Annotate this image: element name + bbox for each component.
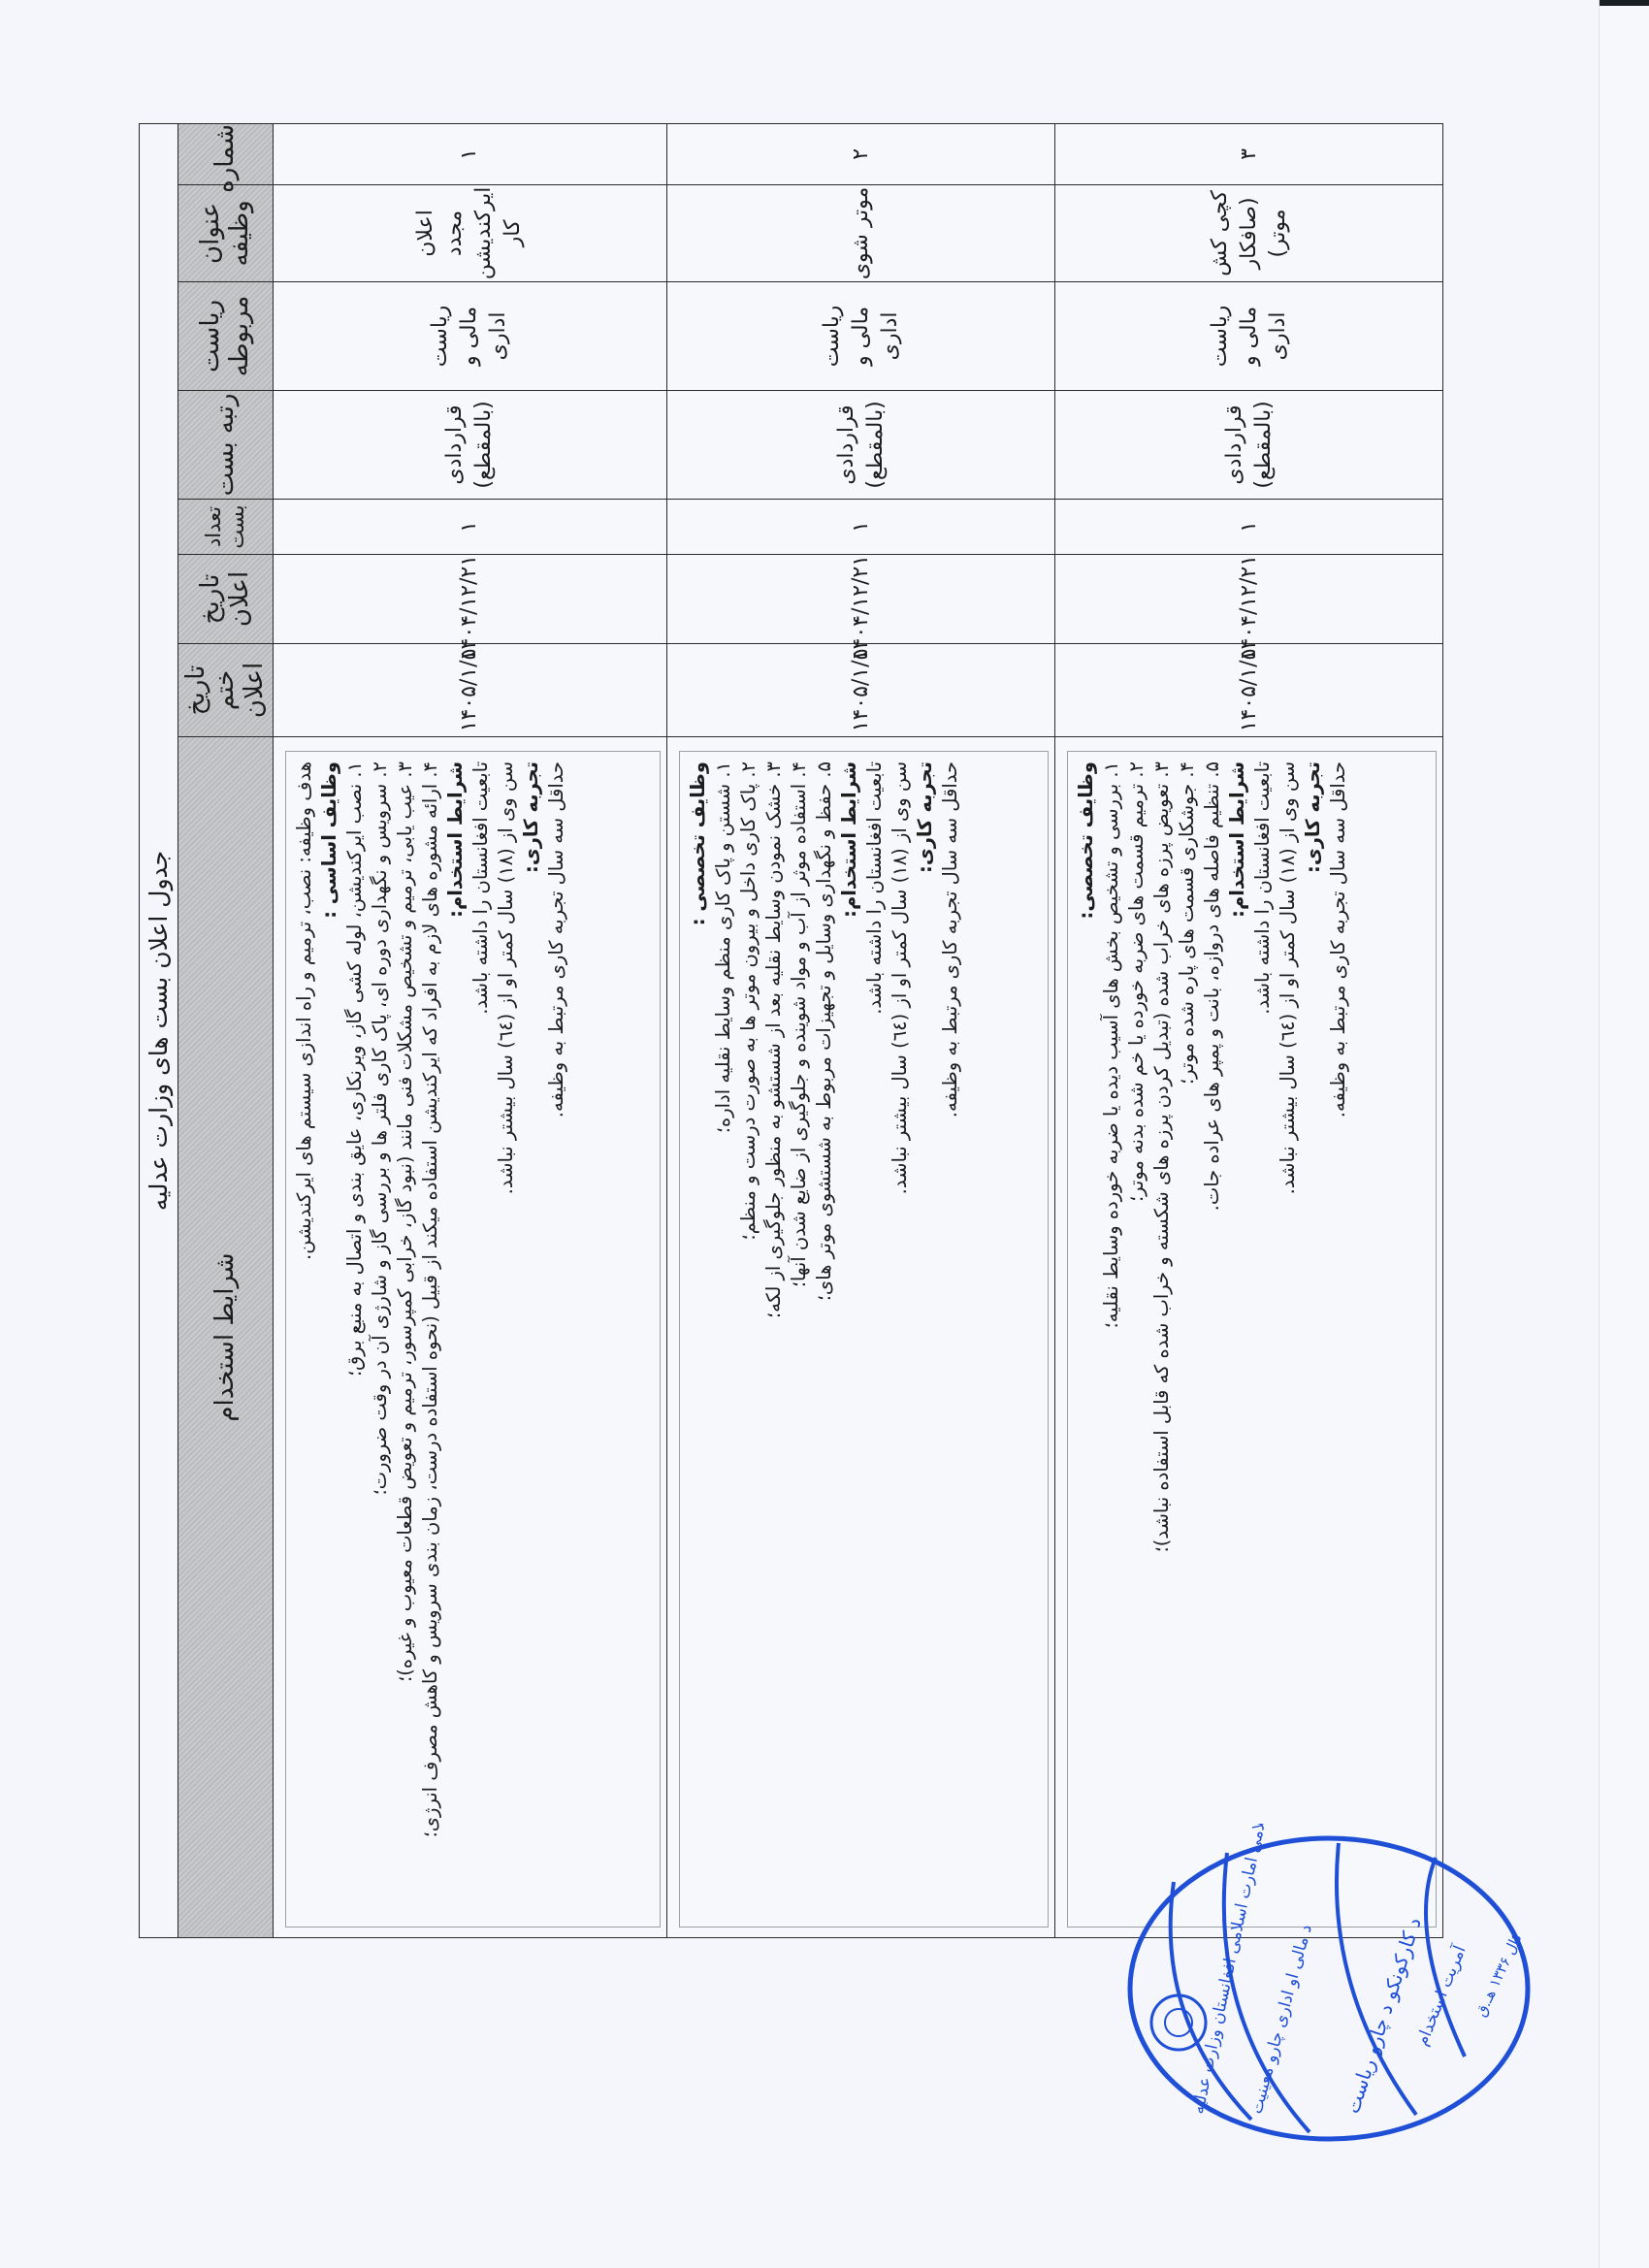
condition-line: ۳. عیب یابی، ترمیم و تشخیص مشکلات فنی ما… [393, 761, 418, 1927]
condition-heading: شرایط استخدام: [443, 761, 469, 1927]
row-number: ۳ [1055, 123, 1443, 184]
condition-heading: وظایف اساسی : [317, 761, 342, 1927]
condition-heading: تجربه کاری: [1301, 761, 1326, 1927]
condition-line: ۱. نصب ایرکندیشن، لوله کشی گاز، ویرنکاری… [342, 761, 368, 1927]
row-end-date: ۱۴۰۵/۱/۵ [667, 643, 1055, 736]
condition-line: سن وی از (۱۸) سال کمتر او از (٦٤) سال بی… [888, 761, 913, 1927]
job-posts-table: جدول اعلان بست های وزارت عدلیه شماره عنو… [139, 123, 1443, 1938]
table-row: ۳کچی کش (صافکار موتر)ریاست مالی و اداریق… [1055, 123, 1443, 1937]
row-end-date: ۱۴۰۵/۱/۵ [1055, 643, 1443, 736]
row-announce-date: ۱۴۰۴/۱۲/۲۱ [273, 554, 666, 643]
row-announce-date: ۱۴۰۴/۱۲/۲۱ [1055, 554, 1443, 643]
condition-line: ۴. جوشکاری قسمت های پاره شده موتر؛ [1175, 761, 1200, 1927]
condition-line: حداقل سه سال تجربه کاری مرتبط به وظیفه. [1326, 761, 1351, 1927]
row-number: ۲ [667, 123, 1055, 184]
condition-line: ۱. بررسی و تشخیص بخش های آسیب دیده یا ضر… [1099, 761, 1124, 1927]
condition-heading: شرایط استخدام: [1225, 761, 1250, 1927]
row-grade: قراردادی (بالمقطع) [273, 390, 666, 499]
condition-line: تابعیت افغانستان را داشته باشد. [862, 761, 888, 1927]
header-end-date: تاریخ ختم اعلان [178, 643, 273, 736]
condition-line: ۲. پاک کاری داخل و بیرون موتر ها به صورت… [736, 761, 761, 1927]
condition-line: ۵. حفظ و نگهداری وسایل و تجهیزات مربوط ب… [812, 761, 837, 1927]
row-department: ریاست مالی و اداری [273, 281, 666, 390]
row-conditions: هدف وظیفه: نصب، ترمیم و راه اندازی سیستم… [273, 736, 666, 1937]
row-grade: قراردادی (بالمقطع) [1055, 390, 1443, 499]
condition-heading: تجربه کاری: [519, 761, 544, 1927]
svg-text:د مالی او اداری چارو معینیت: د مالی او اداری چارو معینیت [1247, 1923, 1316, 2117]
condition-line: ۴. ارائه مشوره های لازم به افراد که ایرک… [418, 761, 443, 1927]
condition-heading: تجربه کاری: [913, 761, 938, 1927]
condition-line: هدف وظیفه: نصب، ترمیم و راه اندازی سیستم… [292, 761, 317, 1927]
header-announce-date: تاریخ اعلان [178, 554, 273, 643]
header-job-title: عنوان وظیفه [178, 184, 273, 281]
header-number: شماره [178, 123, 273, 184]
condition-line: سن وی از (۱۸) سال کمتر او از (٦٤) سال بی… [494, 761, 519, 1927]
condition-line: حداقل سه سال تجربه کاری مرتبط به وظیفه. [938, 761, 963, 1927]
header-row: شماره عنوان وظیفه ریاست مربوطه رتبه بست … [178, 123, 273, 1937]
rotated-document: جدول اعلان بست های وزارت عدلیه شماره عنو… [139, 124, 1443, 1938]
condition-line: ۱. شستن و پاک کاری منظم وسایط نقلیه ادار… [711, 761, 736, 1927]
header-conditions: شرایط استخدام [178, 736, 273, 1937]
condition-line: حداقل سه سال تجربه کاری مرتبط به وظیفه. [544, 761, 569, 1927]
scan-edge [1599, 0, 1649, 2268]
row-count: ۱ [667, 499, 1055, 554]
row-job-title: کچی کش (صافکار موتر) [1055, 184, 1443, 281]
condition-heading: وظایف تخصصی : [686, 761, 711, 1927]
row-department: ریاست مالی و اداری [1055, 281, 1443, 390]
header-grade: رتبه بست [178, 390, 273, 499]
condition-line: ۵. تنظیم فاصله های دروازه، بانت و پمپر ه… [1200, 761, 1225, 1927]
condition-line: ۲. ترمیم قسمت های ضربه خورده یا خم شده ب… [1124, 761, 1149, 1927]
svg-text:کال ۱۳۳۶ هـ.ق: کال ۱۳۳۶ هـ.ق [1471, 1929, 1526, 2020]
official-stamp: د افغانستان اسلامی امارت اسلامی افغانستا… [1115, 1824, 1542, 2144]
row-end-date: ۱۴۰۵/۱/۵ [273, 643, 666, 736]
row-count: ۱ [273, 499, 666, 554]
row-announce-date: ۱۴۰۴/۱۲/۲۱ [667, 554, 1055, 643]
condition-line: تابعیت افغانستان را داشته باشد. [469, 761, 494, 1927]
row-count: ۱ [1055, 499, 1443, 554]
condition-line: ۳. تعویض پرزه های خراب شده (تبدیل کردن پ… [1149, 761, 1175, 1927]
condition-heading: وظایف تخصصی: [1074, 761, 1099, 1927]
condition-line: ۴. استفاده موثر از آب و مواد شوینده و جل… [787, 761, 812, 1927]
header-count: تعداد بست [178, 499, 273, 554]
row-conditions: وظایف تخصصی :۱. شستن و پاک کاری منظم وسا… [667, 736, 1055, 1937]
row-conditions: وظایف تخصصی:۱. بررسی و تشخیص بخش های آسی… [1055, 736, 1443, 1937]
condition-line: تابعیت افغانستان را داشته باشد. [1250, 761, 1276, 1927]
header-department: ریاست مربوطه [178, 281, 273, 390]
condition-line: سن وی از (۱۸) سال کمتر او از (٦٤) سال بی… [1276, 761, 1301, 1927]
svg-text:آمریت استخدام: آمریت استخدام [1410, 1941, 1471, 2049]
emblem-icon [1151, 1995, 1206, 2050]
row-job-title: موتر شوی [667, 184, 1055, 281]
svg-text:د کارکونکو د چارو ریاست: د کارکونکو د چارو ریاست [1341, 1915, 1426, 2117]
table-row: ۱اعلان مجدد ایرکندیشن کارریاست مالی و اد… [273, 123, 666, 1937]
table-title: جدول اعلان بست های وزارت عدلیه [140, 123, 178, 1937]
row-job-title: اعلان مجدد ایرکندیشن کار [273, 184, 666, 281]
stamp-outer-ring [1130, 1838, 1528, 2139]
row-grade: قراردادی (بالمقطع) [667, 390, 1055, 499]
condition-line: ۳. خشک نمودن وسایط نقلیه بعد از شستشو به… [761, 761, 787, 1927]
condition-line: ۲. سرویس و نگهداری دوره ای، پاک کاری فلت… [368, 761, 393, 1927]
condition-heading: شرایط استخدام: [837, 761, 862, 1927]
table-row: ۲موتر شویریاست مالی و اداریقراردادی (بال… [667, 123, 1055, 1937]
row-department: ریاست مالی و اداری [667, 281, 1055, 390]
row-number: ۱ [273, 123, 666, 184]
